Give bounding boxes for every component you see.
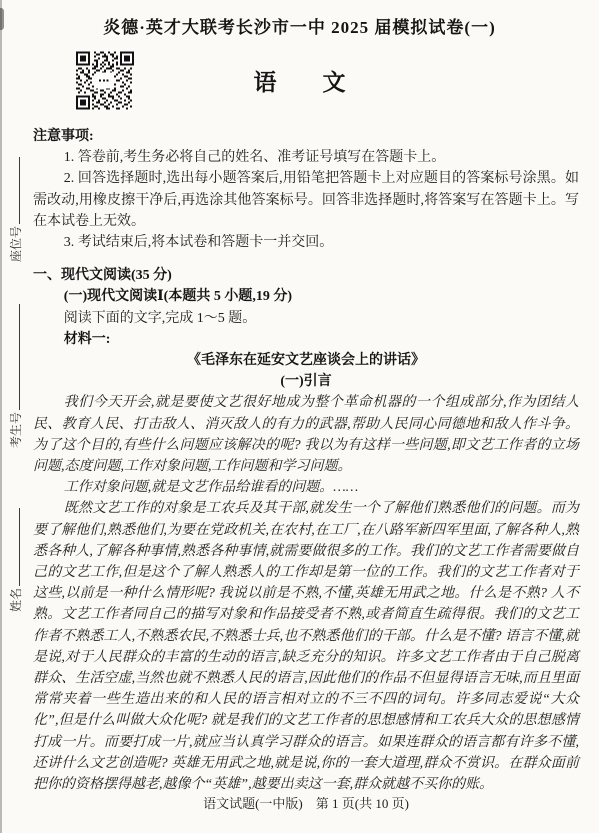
name-blank-line xyxy=(8,508,20,586)
article-subtitle: (一)引言 xyxy=(33,371,579,392)
name-label: 姓名 xyxy=(9,588,23,612)
seat-number-label: 座位号 xyxy=(9,226,23,262)
seat-number-blank-line xyxy=(8,157,20,224)
exam-paper-page: 炎德·英才大联考长沙市一中 2025 届模拟试卷(一) 语 文 座位号 考生号 … xyxy=(0,0,599,833)
candidate-number-label: 考生号 xyxy=(9,412,23,448)
scan-edge-artifact xyxy=(0,0,2,833)
qr-finder-bottom-left xyxy=(76,96,90,110)
page-footer: 语文试题(一中版) 第 1 页(共 10 页) xyxy=(33,793,579,812)
candidate-number-field: 考生号 xyxy=(8,304,24,448)
subject-title: 语 文 xyxy=(0,64,599,97)
article-title: 《毛泽东在延安文艺座谈会上的讲话》 xyxy=(33,350,579,371)
exam-title: 炎德·英才大联考长沙市一中 2025 届模拟试卷(一) xyxy=(0,13,599,38)
section-subheading: (一)现代文阅读Ⅰ(本题共 5 小题,19 分) xyxy=(33,286,579,307)
material-label: 材料一: xyxy=(33,329,579,350)
article-paragraph: 我们今天开会,就是要使文艺很好地成为整个革命机器的一个组成部分,作为团结人民、教… xyxy=(33,392,579,477)
notice-item: 3. 考试结束后,将本试卷和答题卡一并交回。 xyxy=(33,232,579,253)
page-content: 注意事项: 1. 答卷前,考生务必将自己的姓名、准考证号填写在答题卡上。 2. … xyxy=(33,126,579,795)
article-paragraph: 既然文艺工作的对象是工农兵及其干部,就发生一个了解他们熟悉他们的问题。而为要了解… xyxy=(33,498,579,795)
name-field: 姓名 xyxy=(8,508,24,612)
section-heading: 一、现代文阅读(35 分) xyxy=(33,265,579,286)
article-paragraph: 工作对象问题,就是文艺作品给谁看的问题。…… xyxy=(33,477,579,498)
seat-number-field: 座位号 xyxy=(8,157,24,262)
notice-heading: 注意事项: xyxy=(33,126,579,147)
reading-instruction: 阅读下面的文字,完成 1～5 题。 xyxy=(33,308,579,329)
notice-item: 2. 回答选择题时,选出每小题答案后,用铅笔把答题卡上对应题目的答案标号涂黑。如… xyxy=(33,168,579,232)
candidate-number-blank-line xyxy=(8,304,20,410)
notice-item: 1. 答卷前,考生务必将自己的姓名、准考证号填写在答题卡上。 xyxy=(33,147,579,168)
